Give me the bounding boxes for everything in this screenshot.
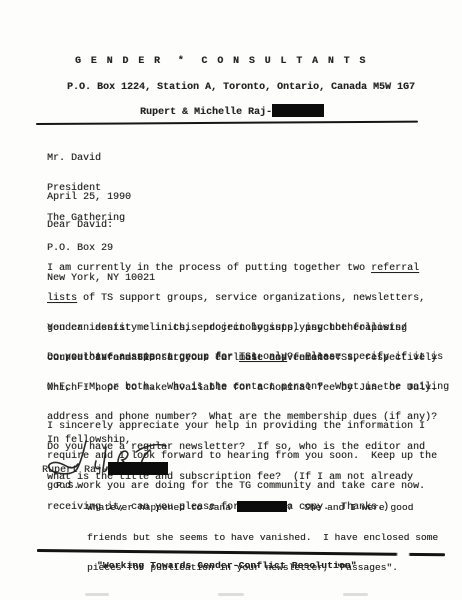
underlined-text: TSs only xyxy=(239,352,287,363)
text-line: M-F, F-M, or both. Who is the contact pe… xyxy=(47,383,449,393)
underlined-text: referral xyxy=(371,263,419,274)
letter-page: G E N D E R * C O N S U L T A N T S P.O.… xyxy=(0,0,462,600)
letter-date: April 25, 1990 xyxy=(47,193,131,203)
scan-smudge xyxy=(85,593,109,596)
text-line: I am currently in the process of putting… xyxy=(47,264,437,274)
recipient-line: Mr. David xyxy=(47,154,155,164)
footer-slogan: "Working Towards Gender-Conflict Resolut… xyxy=(97,561,357,571)
postscript-label: P.S. xyxy=(56,481,79,491)
scan-smudge xyxy=(218,593,244,596)
salutation: Dear David: xyxy=(47,221,113,231)
text-line: lists of TS support groups, service orga… xyxy=(47,294,437,304)
header-divider-line xyxy=(36,121,418,126)
text-line: Whatever happened to Jana ? She and I we… xyxy=(87,501,438,513)
letterhead-title: G E N D E R * C O N S U L T A N T S xyxy=(75,57,367,67)
postscript-block: Whatever happened to Jana ? She and I we… xyxy=(87,481,438,593)
text-line: I sincerely appreciate your help in prov… xyxy=(47,422,437,432)
redaction-box xyxy=(108,462,168,475)
signature-typed-name: Rupert Raj- xyxy=(42,466,108,476)
underlined-text: lists xyxy=(47,293,77,304)
letterhead-names-line: Rupert & Michelle Raj- xyxy=(140,104,324,118)
scan-smudge xyxy=(343,593,368,596)
redaction-box xyxy=(237,501,287,512)
text-line: Do you have a support group for TSs only… xyxy=(47,353,449,363)
text-line: friends but she seems to have vanished. … xyxy=(87,533,438,543)
letterhead-address: P.O. Box 1224, Station A, Toronto, Ontar… xyxy=(67,83,415,93)
letterhead-names: Rupert & Michelle Raj- xyxy=(140,107,272,118)
redaction-box xyxy=(272,104,324,117)
